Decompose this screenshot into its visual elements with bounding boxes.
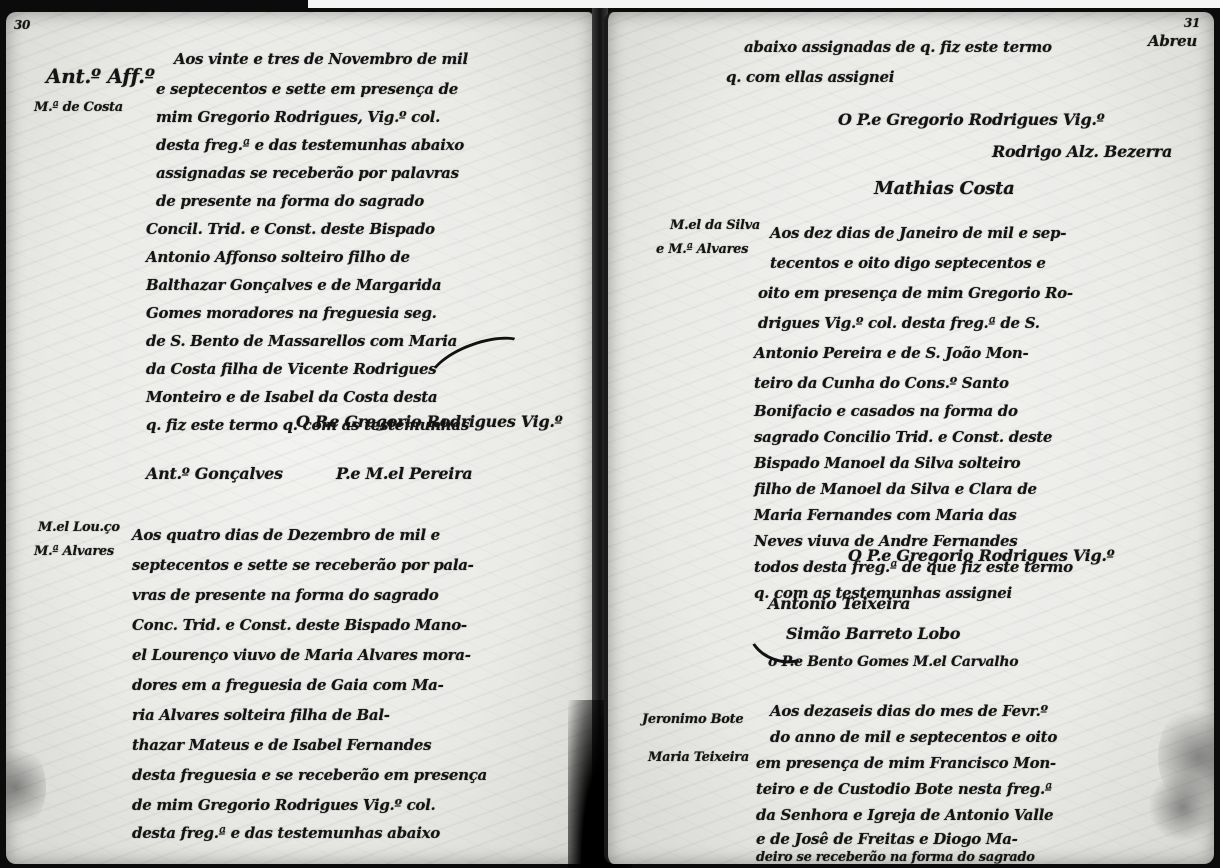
folio-signature: Abreu bbox=[1148, 32, 1197, 50]
folio-number: 31 bbox=[1184, 16, 1200, 30]
text-line: deiro se receberão na forma do sagrado bbox=[756, 850, 1035, 864]
water-stain bbox=[1148, 772, 1214, 842]
margin-note-groom: Jeronimo Bote bbox=[642, 712, 743, 727]
water-stain bbox=[6, 742, 46, 832]
text-line: q. com ellas assignei bbox=[726, 68, 894, 86]
text-line: sagrado Concilio Trid. e Const. deste bbox=[754, 428, 1052, 446]
signature-witness-2: P.e M.el Pereira bbox=[336, 464, 472, 483]
signature-witness-2: Mathias Costa bbox=[874, 178, 1014, 199]
text-line: desta freg.ª e das testemunhas abaixo bbox=[132, 824, 440, 842]
text-line: Gomes moradores na freguesia seg. bbox=[146, 304, 437, 322]
text-line: Concil. Trid. e Const. deste Bispado bbox=[146, 220, 435, 238]
signature-witness-1: Ant.º Gonçalves bbox=[146, 464, 283, 483]
text-line: assignadas se receberão por palavras bbox=[156, 164, 459, 182]
scanner-edge-strip bbox=[308, 0, 1220, 8]
text-line: abaixo assignadas de q. fiz este termo bbox=[744, 38, 1052, 56]
text-line: Conc. Trid. e Const. deste Bispado Mano- bbox=[132, 616, 467, 634]
text-line: e septecentos e sette em presença de bbox=[156, 80, 458, 98]
signature-vicar: O P.e Gregorio Rodrigues Vig.º bbox=[296, 412, 562, 431]
text-line: da Senhora e Igreja de Antonio Valle bbox=[756, 806, 1053, 824]
text-line: septecentos e sette se receberão por pal… bbox=[132, 556, 474, 574]
text-line: mim Gregorio Rodrigues, Vig.º col. bbox=[156, 108, 440, 126]
signature-vicar: O P.e Gregorio Rodrigues Vig.º bbox=[848, 546, 1114, 565]
left-page: 30 Ant.º Aff.º M.ª de Costa Aos vinte e … bbox=[6, 12, 598, 864]
text-line: teiro e de Custodio Bote nesta freg.ª bbox=[756, 780, 1052, 798]
text-line: Bispado Manoel da Silva solteiro bbox=[754, 454, 1020, 472]
text-line: teiro da Cunha do Cons.º Santo bbox=[754, 374, 1009, 392]
margin-note-groom: M.el Lou.ço bbox=[38, 520, 120, 535]
margin-note-bride: Maria Teixeira bbox=[648, 750, 749, 765]
text-line: dores em a freguesia de Gaia com Ma- bbox=[132, 676, 444, 694]
text-line: Balthazar Gonçalves e de Margarida bbox=[146, 276, 441, 294]
text-line: filho de Manoel da Silva e Clara de bbox=[754, 480, 1037, 498]
text-line: drigues Vig.º col. desta freg.ª de S. bbox=[758, 314, 1040, 332]
text-line: tecentos e oito digo septecentos e bbox=[770, 254, 1046, 272]
text-line: Aos vinte e tres de Novembro de mil bbox=[174, 50, 468, 68]
text-line: de mim Gregorio Rodrigues Vig.º col. bbox=[132, 796, 435, 814]
text-line: e de Josê de Freitas e Diogo Ma- bbox=[756, 830, 1018, 848]
text-line: em presença de mim Francisco Mon- bbox=[756, 754, 1056, 772]
text-line: oito em presença de mim Gregorio Ro- bbox=[758, 284, 1073, 302]
text-line: desta freg.ª e das testemunhas abaixo bbox=[156, 136, 464, 154]
text-line: Monteiro e de Isabel da Costa desta bbox=[146, 388, 437, 406]
text-line: ria Alvares solteira filha de Bal- bbox=[132, 706, 390, 724]
folio-corner-mark: 30 bbox=[14, 18, 30, 32]
text-line: Antonio Pereira e de S. João Mon- bbox=[754, 344, 1028, 362]
signature-witness-1: Antonio Teixeira bbox=[768, 594, 910, 613]
text-line: Antonio Affonso solteiro filho de bbox=[146, 248, 410, 266]
text-line: Bonifacio e casados na forma do bbox=[754, 402, 1018, 420]
margin-note-bride: e M.ª Alvares bbox=[656, 242, 748, 257]
text-line: Maria Fernandes com Maria das bbox=[754, 506, 1016, 524]
text-line: Aos quatro dias de Dezembro de mil e bbox=[132, 526, 440, 544]
margin-note-bride: M.ª de Costa bbox=[34, 100, 123, 115]
text-line: desta freguesia e se receberão em presen… bbox=[132, 766, 487, 784]
margin-note-groom: M.el da Silva bbox=[670, 218, 760, 233]
text-line: da Costa filha de Vicente Rodrigues bbox=[146, 360, 436, 378]
text-line: vras de presente na forma do sagrado bbox=[132, 586, 439, 604]
text-line: thazar Mateus e de Isabel Fernandes bbox=[132, 736, 431, 754]
right-page: 31 Abreu abaixo assignadas de q. fiz est… bbox=[604, 12, 1214, 864]
margin-note-groom: Ant.º Aff.º bbox=[46, 64, 155, 88]
text-line: el Lourenço viuvo de Maria Alvares mora- bbox=[132, 646, 471, 664]
text-line: Aos dezaseis dias do mes de Fevr.º bbox=[770, 702, 1048, 720]
text-line: do anno de mil e septecentos e oito bbox=[770, 728, 1057, 746]
text-line: de S. Bento de Massarellos com Maria bbox=[146, 332, 457, 350]
text-line: de presente na forma do sagrado bbox=[156, 192, 424, 210]
margin-note-bride: M.ª Alvares bbox=[34, 544, 114, 559]
signature-vicar: O P.e Gregorio Rodrigues Vig.º bbox=[838, 110, 1104, 129]
text-line: Aos dez dias de Janeiro de mil e sep- bbox=[770, 224, 1066, 242]
signature-witness-1: Rodrigo Alz. Bezerra bbox=[992, 142, 1172, 161]
